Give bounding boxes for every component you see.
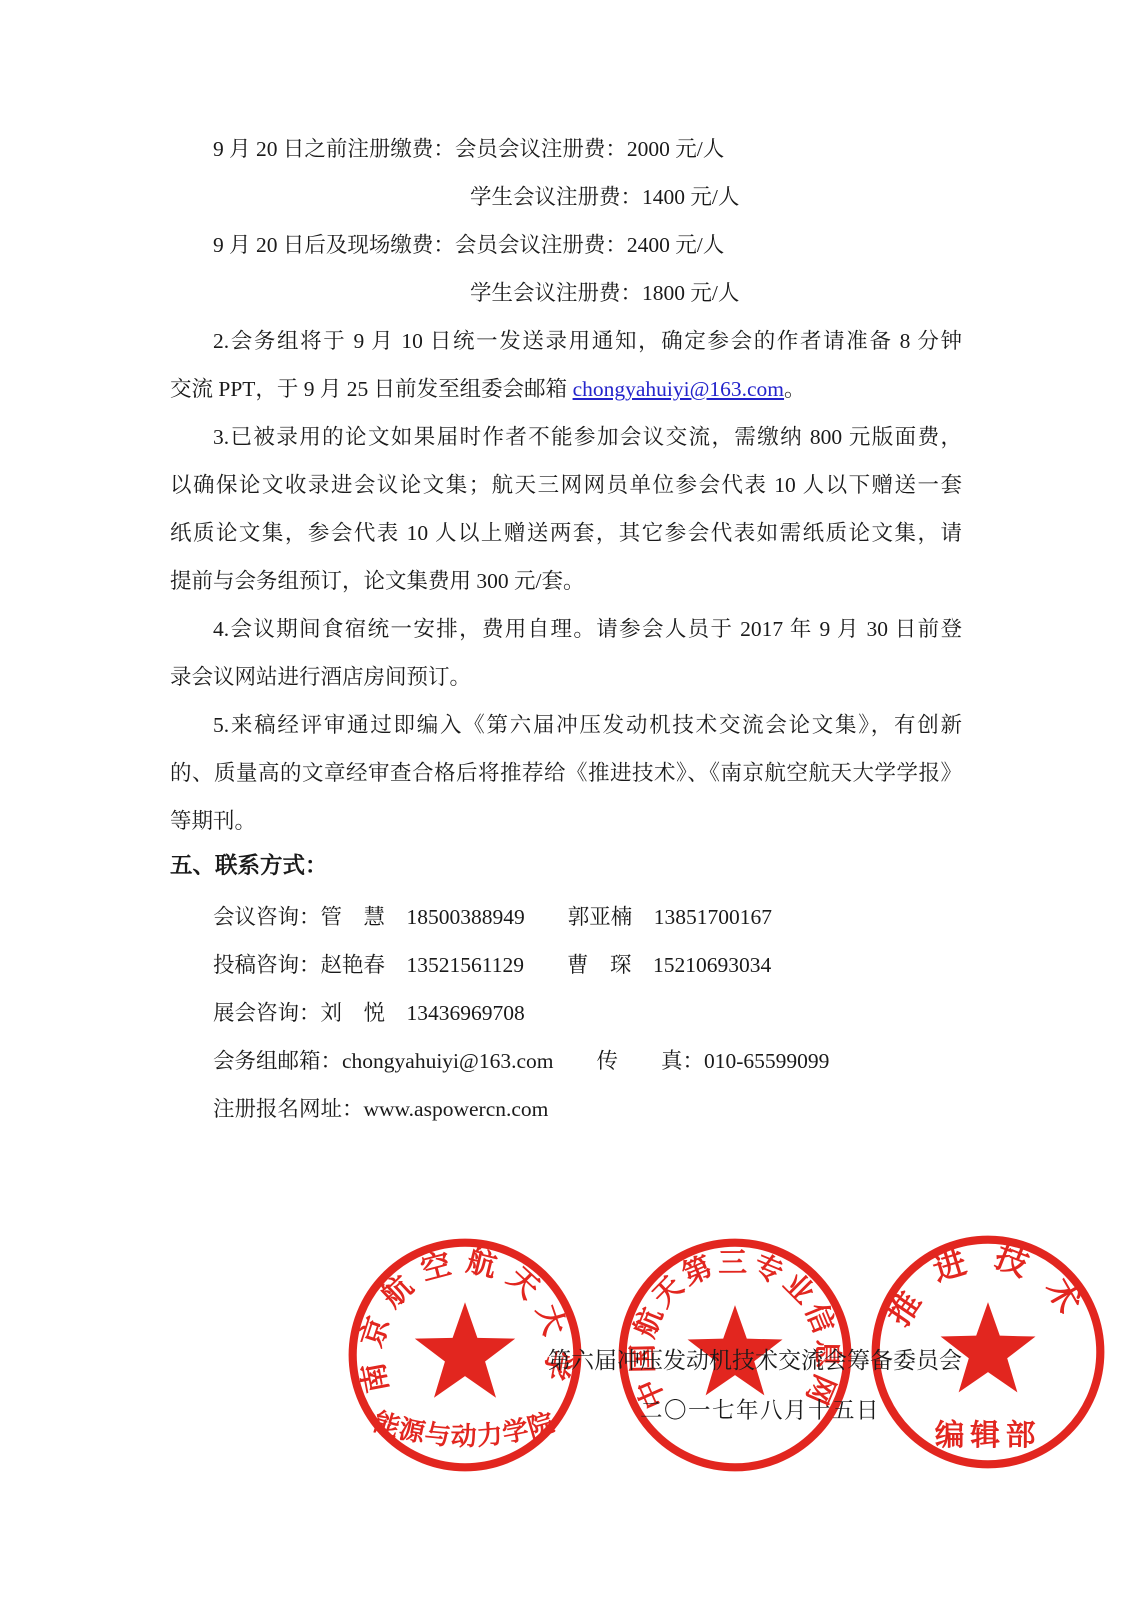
- contact-line-registration-url: 注册报名网址：www.aspowercn.com: [213, 1094, 548, 1124]
- para-4-line-1: 4.会议期间食宿统一安排，费用自理。请参会人员于 2017 年 9 月 30 日…: [170, 614, 962, 644]
- para-2-line-2-text: 交流 PPT，于 9 月 25 日前发至组委会邮箱: [170, 377, 573, 401]
- para-3-line-2: 以确保论文收录进会议论文集；航天三网网员单位参会代表 10 人以下赠送一套: [170, 470, 962, 500]
- committee-signature: 第六届冲压发动机技术交流会筹备委员会: [548, 1346, 962, 1376]
- contact-line-submission: 投稿咨询：赵艳春 13521561129 曹 琛 15210693034: [213, 950, 771, 980]
- contact-section-heading: 五、联系方式：: [170, 851, 962, 881]
- para-2-line-2: 交流 PPT，于 9 月 25 日前发至组委会邮箱 chongyahuiyi@1…: [170, 374, 962, 404]
- para-3-line-4: 提前与会务组预订，论文集费用 300 元/套。: [170, 566, 962, 596]
- star-icon: [415, 1302, 515, 1398]
- committee-email-link[interactable]: chongyahuiyi@163.com: [573, 377, 784, 401]
- fee-line-late-member: 9 月 20 日后及现场缴费：会员会议注册费：2400 元/人: [213, 230, 724, 260]
- contact-line-email-fax: 会务组邮箱：chongyahuiyi@163.com 传 真：010-65599…: [213, 1046, 829, 1076]
- contact-line-conference: 会议咨询：管 慧 18500388949 郭亚楠 13851700167: [213, 902, 772, 932]
- para-2-line-1: 2.会务组将于 9 月 10 日统一发送录用通知，确定参会的作者请准备 8 分钟: [170, 326, 962, 356]
- signature-date: 二〇一七年八月十五日: [640, 1396, 880, 1426]
- fee-line-early-student: 学生会议注册费：1400 元/人: [470, 182, 739, 212]
- para-5-line-3: 等期刊。: [170, 806, 962, 836]
- fee-line-late-student: 学生会议注册费：1800 元/人: [470, 278, 739, 308]
- para-3-line-1: 3.已被录用的论文如果届时作者不能参加会议交流，需缴纳 800 元版面费，: [170, 422, 962, 452]
- contact-line-exhibition: 展会咨询：刘 悦 13436969708: [213, 998, 525, 1028]
- para-5-line-1: 5.来稿经评审通过即编入《第六届冲压发动机技术交流会论文集》，有创新: [170, 710, 962, 740]
- para-5-line-2: 的、质量高的文章经审查合格后将推荐给《推进技术》、《南京航空航天大学学报》: [170, 758, 962, 788]
- para-3-line-3: 纸质论文集，参会代表 10 人以上赠送两套，其它参会代表如需纸质论文集，请: [170, 518, 962, 548]
- fee-line-early-member: 9 月 20 日之前注册缴费：会员会议注册费：2000 元/人: [213, 134, 724, 164]
- seal-bottom-text: 编辑部: [935, 1419, 1042, 1452]
- para-2-line-2-period: 。: [784, 377, 806, 401]
- document-page: 9 月 20 日之前注册缴费：会员会议注册费：2000 元/人 学生会议注册费：…: [0, 0, 1131, 1599]
- para-4-line-2: 录会议网站进行酒店房间预订。: [170, 662, 962, 692]
